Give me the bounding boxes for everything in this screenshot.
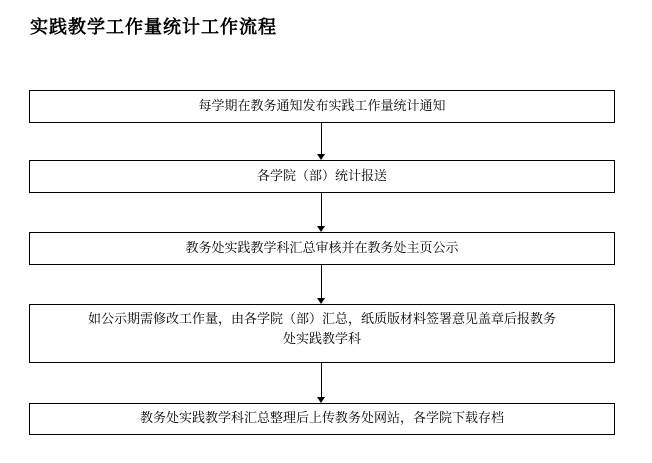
arrow-down-icon — [320, 363, 323, 403]
flow-step-3: 教务处实践教学科汇总审核并在教务处主页公示 — [29, 232, 615, 265]
flow-step-5-label: 教务处实践教学科汇总整理后上传教务处网站，各学院下载存档 — [140, 409, 504, 429]
flow-step-2-label: 各学院（部）统计报送 — [257, 167, 387, 187]
flow-step-3-label: 教务处实践教学科汇总审核并在教务处主页公示 — [185, 239, 458, 259]
page-title: 实践教学工作量统计工作流程 — [30, 17, 277, 39]
flow-step-2: 各学院（部）统计报送 — [29, 160, 615, 193]
flow-step-1: 每学期在教务通知发布实践工作量统计通知 — [29, 90, 615, 123]
flow-step-1-label: 每学期在教务通知发布实践工作量统计通知 — [198, 97, 445, 117]
arrow-down-icon — [320, 265, 323, 304]
flow-step-5: 教务处实践教学科汇总整理后上传教务处网站，各学院下载存档 — [29, 403, 615, 435]
arrow-down-icon — [320, 123, 323, 160]
flow-step-4-label: 如公示期需修改工作量，由各学院（部）汇总，纸质版材料签署意见盖章后报教务处实践教… — [82, 310, 562, 350]
arrow-down-icon — [320, 193, 323, 232]
flow-step-4: 如公示期需修改工作量，由各学院（部）汇总，纸质版材料签署意见盖章后报教务处实践教… — [29, 304, 615, 363]
